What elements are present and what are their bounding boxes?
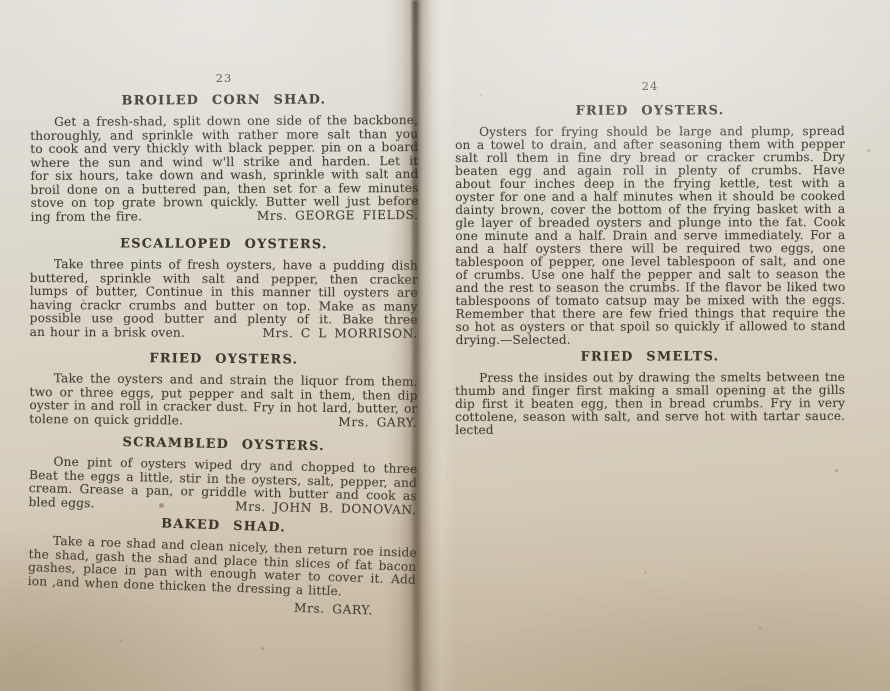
recipe-text-line: Oysters for frying should be large and p…: [455, 125, 845, 139]
recipe-text-line: dip first it beaten egg, then in bread c…: [455, 397, 845, 411]
recipe-text-line: cottolene, season with salt, and serve h…: [455, 410, 845, 424]
recipe-broiled-corn-shad: BROILED CORN SHAD.Get a fresh-shad, spli…: [30, 92, 418, 224]
recipe-text-line: on a towel to drain, and after seasoning…: [455, 138, 845, 152]
recipe-last-line: ing from the fire.Mrs. GEORGE FIELDS.: [31, 208, 418, 224]
recipe-text-line: Remember that there are few fried things…: [456, 307, 846, 321]
recipe-last-line: an hour in a brisk oven.Mrs. C L MORRISO…: [30, 325, 418, 340]
recipe-text-line: and a half oysters there will be require…: [455, 242, 845, 256]
recipe-text-line: one minute and a half. Drain and serve i…: [455, 229, 845, 243]
recipe-text-line: of crumbs. Use one half the pepper and s…: [455, 268, 845, 282]
recipe-escalloped-oysters: ESCALLOPED OYSTERS.Take three pints of f…: [30, 236, 418, 341]
recipe-last-text: bled eggs.: [28, 495, 94, 510]
recipe-text-line: oyster for one and a half minutes when i…: [455, 190, 845, 204]
recipe-title: BROILED CORN SHAD.: [30, 92, 418, 109]
recipe-last-text: tolene on quick griddle.: [29, 412, 183, 427]
recipe-text-line: about four inches deep in the frying ket…: [455, 177, 845, 191]
recipe-text-line: thumb and finger first making a small op…: [455, 384, 845, 398]
recipe-baked-shad: BAKED SHAD.Take a roe shad and clean nic…: [27, 512, 418, 619]
recipe-scrambled-oysters: SCRAMBLED OYSTERS.One pint of oysters wi…: [28, 433, 418, 517]
cookbook-photo: 23 BROILED CORN SHAD.Get a fresh-shad, s…: [0, 0, 890, 691]
recipe-attribution: Mrs. GARY.: [338, 415, 417, 429]
recipe-attribution: Mrs. JOHN B. DONOVAN.: [235, 500, 417, 517]
page-number: 24: [455, 79, 845, 93]
recipe-last-line: drying.—Selected.: [456, 333, 846, 347]
recipe-attribution: Mrs. C L MORRISON.: [263, 327, 418, 341]
recipe-title: ESCALLOPED OYSTERS.: [30, 236, 418, 253]
recipe-title: SCRAMBLED OYSTERS.: [30, 433, 418, 456]
recipe-last-text: drying.—Selected.: [456, 334, 571, 347]
recipe-fried-oysters: FRIED OYSTERS.Take the oysters and and s…: [29, 350, 418, 430]
left-page: 23 BROILED CORN SHAD.Get a fresh-shad, s…: [0, 0, 418, 691]
recipe-last-text: ing from the fire.: [31, 210, 142, 224]
recipe-text-line: tablespoons of tomato catsup may be mixe…: [456, 294, 846, 308]
recipe-text-line: Press the insides out by drawing the sme…: [455, 371, 845, 385]
recipe-title: FRIED OYSTERS.: [30, 350, 418, 369]
recipe-text-line: tablespoon of pepper, one level tablespo…: [455, 255, 845, 269]
recipe-last-text: lected: [455, 424, 494, 437]
recipe-last-text: an hour in a brisk oven.: [30, 325, 185, 339]
recipe-text-line: and the rest to season the crumbs. If th…: [455, 281, 845, 295]
recipe-title: FRIED SMELTS.: [455, 349, 845, 365]
recipe-fried-smelts: FRIED SMELTS.Press the insides out by dr…: [455, 349, 845, 437]
recipe-text-line: gle layer of breaded oysters and plunge …: [455, 216, 845, 230]
right-page-content: 24 FRIED OYSTERS.Oysters for frying shou…: [455, 70, 845, 680]
recipe-title: FRIED OYSTERS.: [455, 103, 845, 119]
recipe-text-line: so hot as oysters or that spoil so quick…: [456, 320, 846, 334]
recipe-last-line: lected: [455, 423, 845, 437]
page-number: 23: [30, 71, 418, 85]
left-page-content: 23 BROILED CORN SHAD.Get a fresh-shad, s…: [30, 70, 418, 680]
right-page: 24 FRIED OYSTERS.Oysters for frying shou…: [418, 0, 890, 691]
recipe-text-line: dainty brown, cover the bottom of the fr…: [455, 203, 845, 217]
recipe-text-line: salt roll them in fine dry bread or crac…: [455, 151, 845, 165]
recipe-text-line: beaten egg and again roll in plenty of c…: [455, 164, 845, 178]
recipe-fried-oysters: FRIED OYSTERS.Oysters for frying should …: [455, 103, 846, 347]
recipe-attribution: Mrs. GEORGE FIELDS.: [257, 208, 418, 222]
recipe-last-line: tolene on quick griddle.Mrs. GARY.: [29, 412, 417, 429]
